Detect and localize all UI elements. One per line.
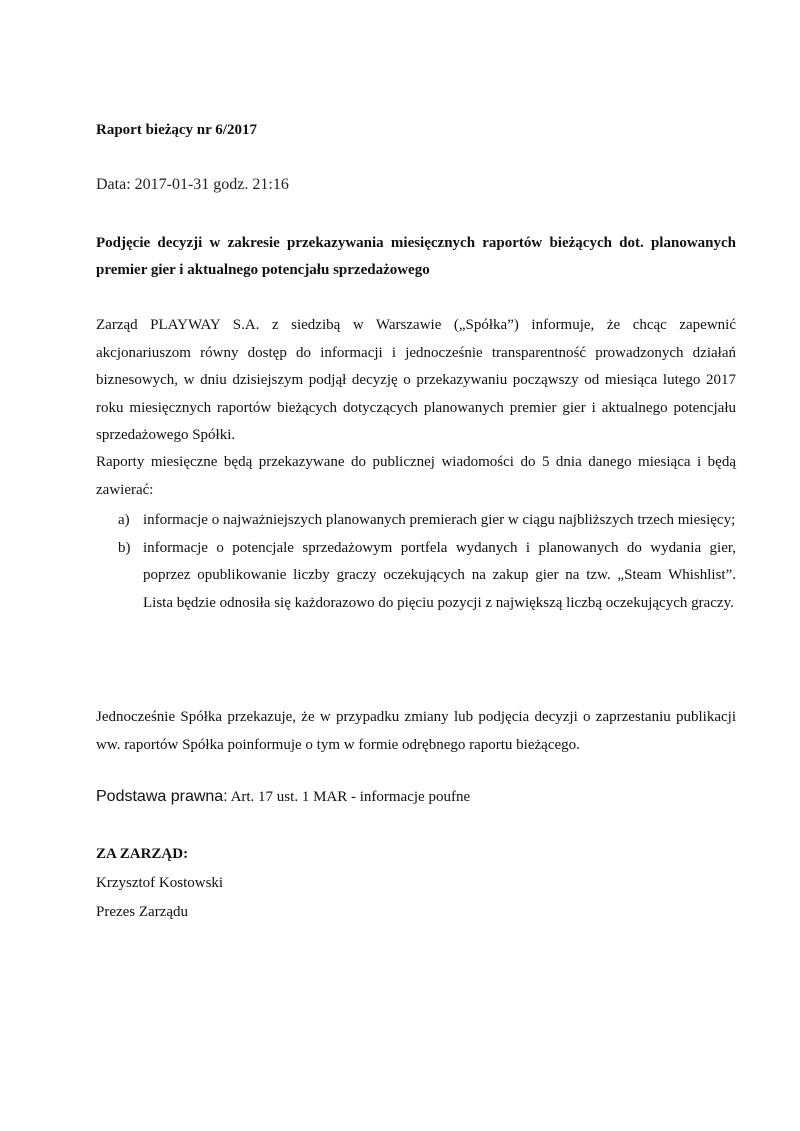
signer-role: Prezes Zarządu bbox=[96, 904, 188, 921]
report-date: Data: 2017-01-31 godz. 21:16 bbox=[96, 176, 289, 194]
list-marker: b) bbox=[118, 535, 131, 563]
legal-basis-label: Podstawa prawna: bbox=[96, 788, 228, 805]
signer-name: Krzysztof Kostowski bbox=[96, 875, 223, 892]
document-page: Raport bieżący nr 6/2017 Data: 2017-01-3… bbox=[0, 0, 800, 1131]
list-item-text: informacje o najważniejszych planowanych… bbox=[143, 512, 735, 528]
report-subject: Podjęcie decyzji w zakresie przekazywani… bbox=[96, 230, 736, 284]
list-marker: a) bbox=[118, 507, 130, 535]
paragraph-intro: Zarząd PLAYWAY S.A. z siedzibą w Warszaw… bbox=[96, 312, 736, 450]
paragraph-termination-notice: Jednocześnie Spółka przekazuje, że w prz… bbox=[96, 704, 736, 759]
report-contents-list: a) informacje o najważniejszych planowan… bbox=[118, 507, 736, 617]
signature-heading: ZA ZARZĄD: bbox=[96, 846, 188, 863]
list-item: a) informacje o najważniejszych planowan… bbox=[118, 507, 736, 535]
report-title: Raport bieżący nr 6/2017 bbox=[96, 122, 257, 139]
legal-basis-value: Art. 17 ust. 1 MAR - informacje poufne bbox=[228, 789, 470, 805]
legal-basis: Podstawa prawna: Art. 17 ust. 1 MAR - in… bbox=[96, 788, 470, 806]
list-item: b) informacje o potencjale sprzedażowym … bbox=[118, 535, 736, 618]
list-item-text: informacje o potencjale sprzedażowym por… bbox=[143, 540, 736, 611]
paragraph-monthly-reports: Raporty miesięczne będą przekazywane do … bbox=[96, 449, 736, 504]
